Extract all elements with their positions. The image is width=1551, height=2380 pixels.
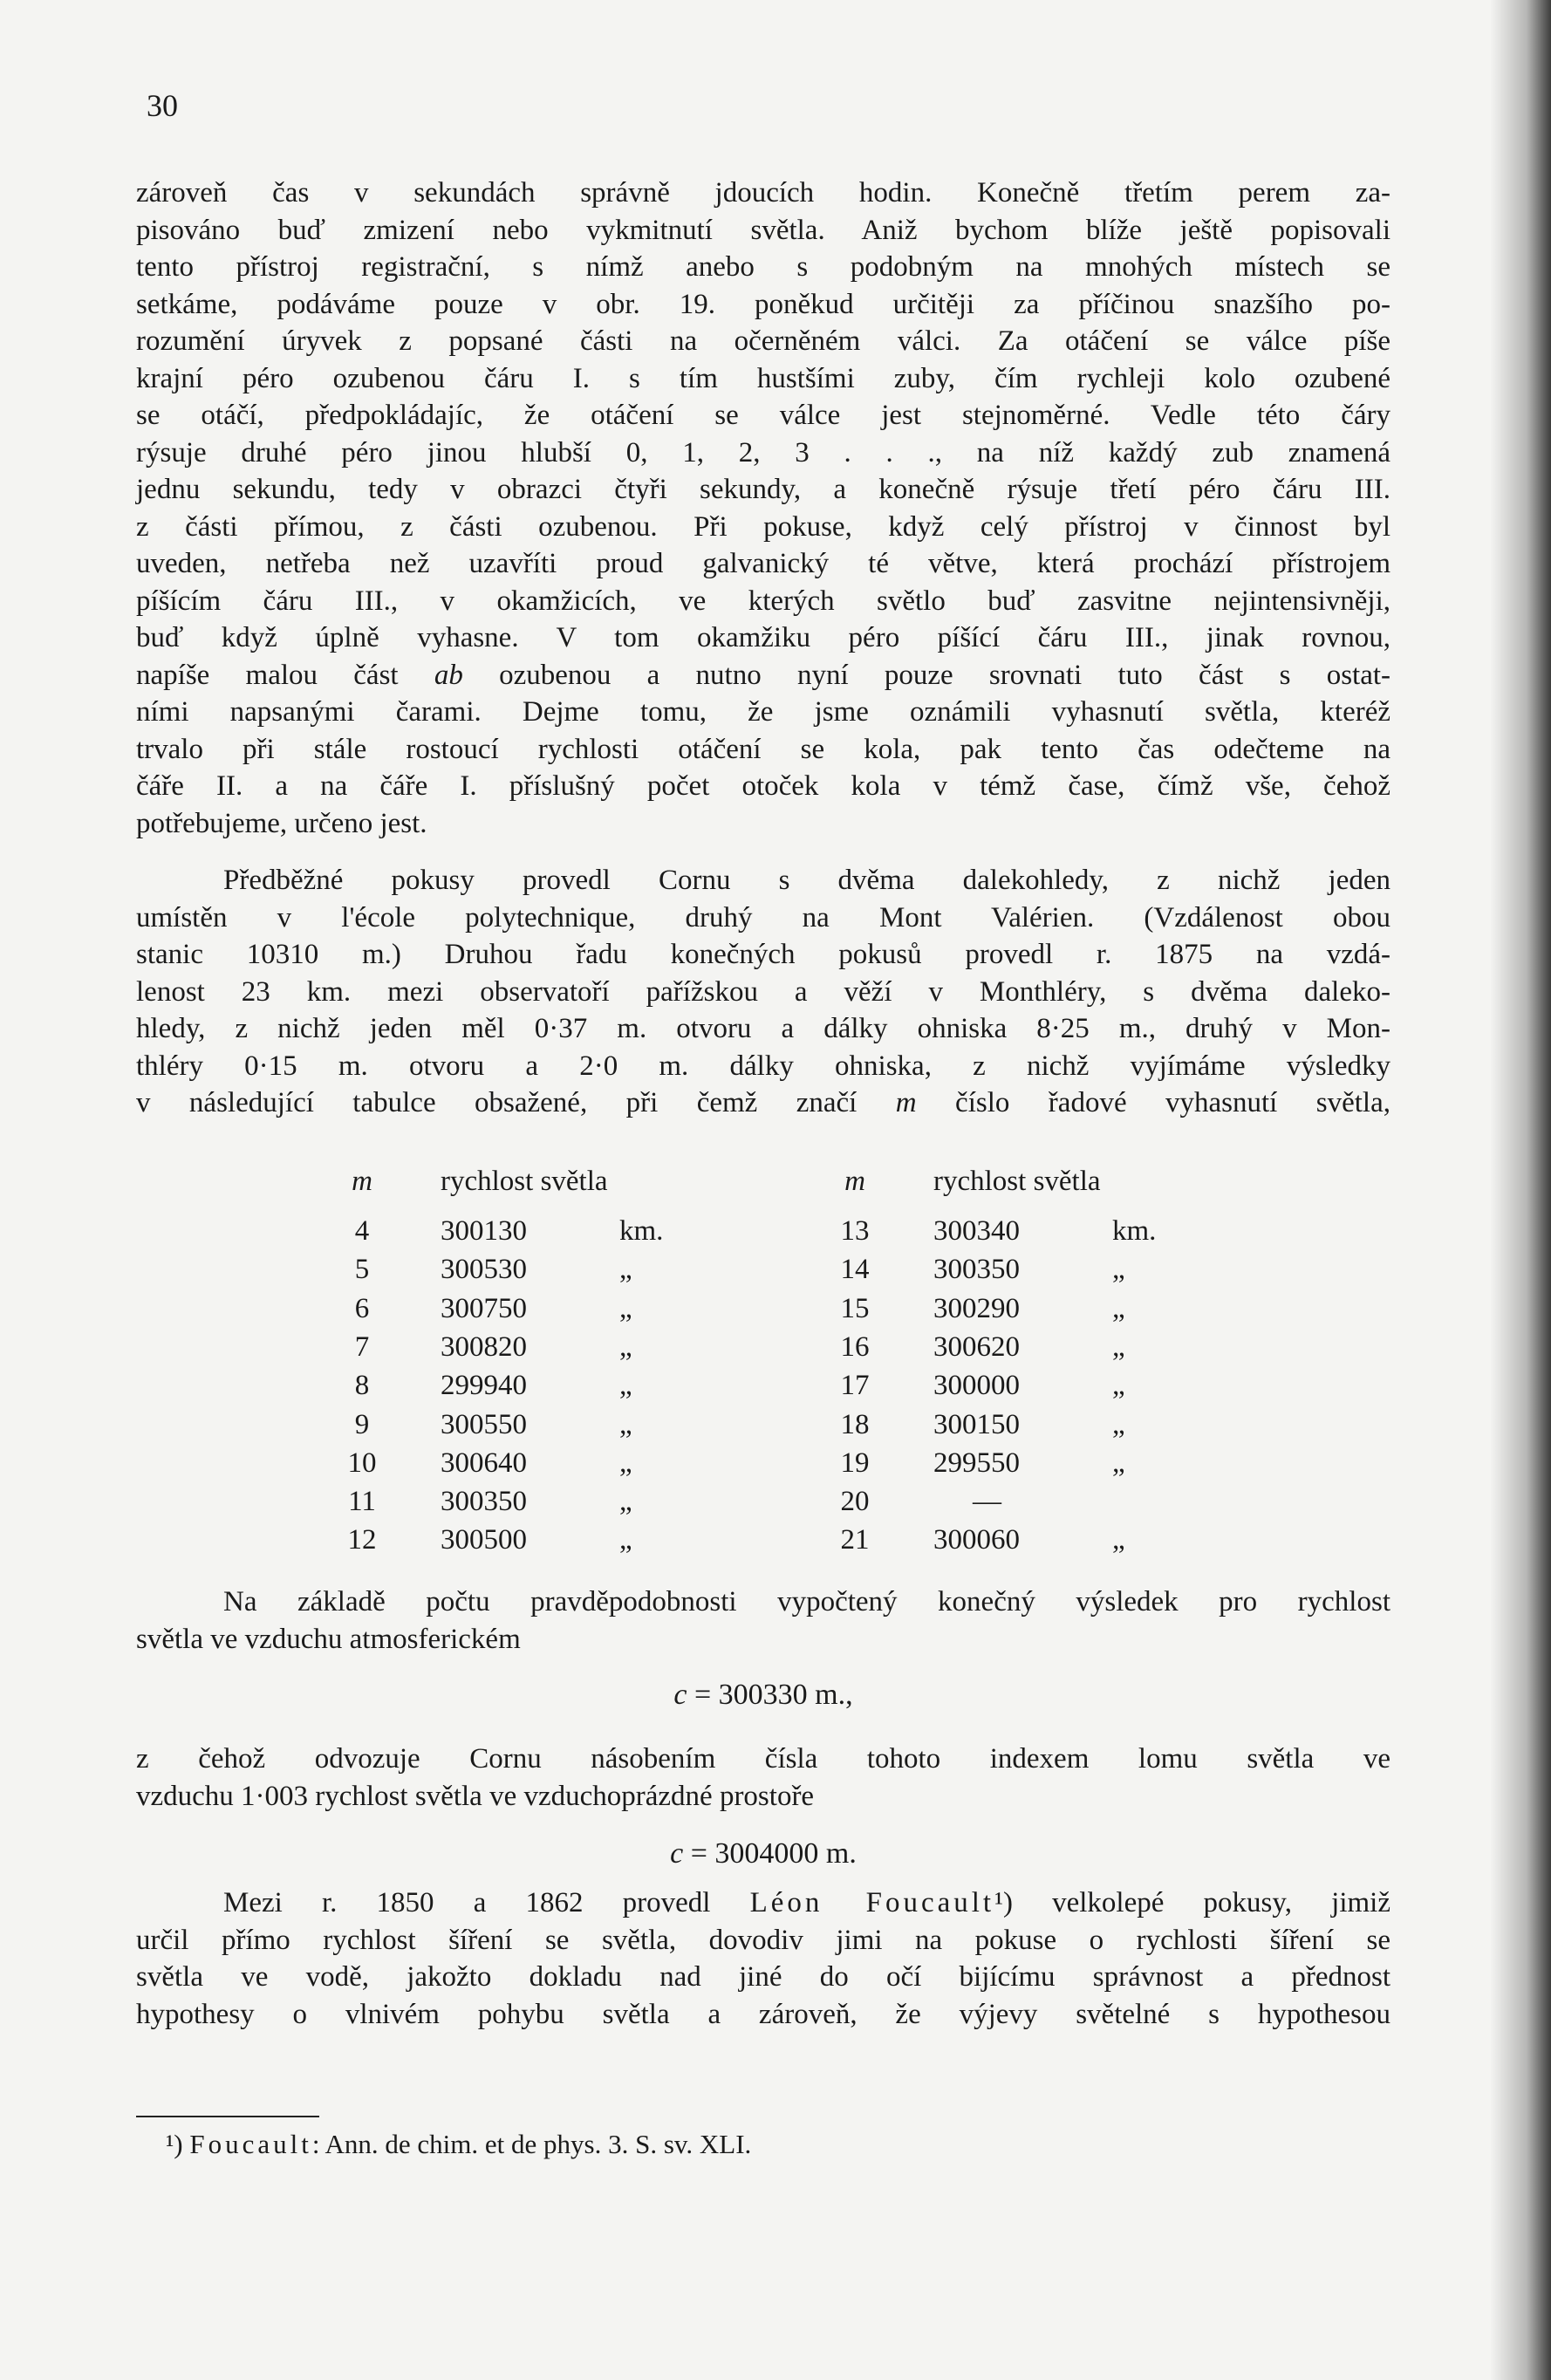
table-cell: „ [1112, 1370, 1125, 1402]
text-line: hypothesy o vlnivém pohybu světla a záro… [136, 1996, 1390, 2033]
table-cell: 15 [824, 1293, 885, 1325]
text-line: setkáme, podáváme pouze v obr. 19. poněk… [136, 286, 1390, 323]
table-cell: 11 [331, 1486, 393, 1518]
header-speed-right: rychlost světla [933, 1166, 1101, 1198]
table-cell: 16 [824, 1331, 885, 1364]
table-cell: 4 [331, 1215, 393, 1248]
table-cell: 300550 [441, 1409, 527, 1441]
footnote-rule [136, 2116, 319, 2117]
table-cell: „ [1112, 1254, 1125, 1286]
text-line: potřebujeme, určeno jest. [136, 805, 1390, 842]
text-line: v následující tabulce obsažené, při čemž… [136, 1084, 1390, 1121]
table-cell: 10 [331, 1447, 393, 1480]
text-line: světla ve vodě, jakožto dokladu nad jiné… [136, 1959, 1390, 1995]
table-cell: 6 [331, 1293, 393, 1325]
text-line: Na základě počtu pravděpodobnosti vypočt… [136, 1583, 1390, 1620]
text-line: se otáčí, předpokládajíc, že otáčení se … [136, 397, 1390, 434]
table-cell: 300820 [441, 1331, 527, 1364]
text-line: pisováno buď zmizení nebo vykmitnutí svě… [136, 212, 1390, 249]
page-edge-shadow [1490, 0, 1551, 2380]
table-cell: 300340 [933, 1215, 1020, 1248]
text-line: hledy, z nichž jeden měl 0·37 m. otvoru … [136, 1010, 1390, 1047]
text-line: světla ve vzduchu atmosferickém [136, 1621, 1390, 1658]
table-cell: „ [619, 1486, 632, 1518]
table-cell: 300620 [933, 1331, 1020, 1364]
header-m-left: m [331, 1166, 393, 1198]
text-line: rozumění úryvek z popsané části na očern… [136, 323, 1390, 359]
table-cell: 300150 [933, 1409, 1020, 1441]
text-line: lenost 23 km. mezi observatoří pařížskou… [136, 974, 1390, 1010]
table-cell: — [973, 1486, 1001, 1518]
text-line: z části přímou, z části ozubenou. Při po… [136, 509, 1390, 545]
table-cell: 300290 [933, 1293, 1020, 1325]
table-cell: 5 [331, 1254, 393, 1286]
text-line: napíše malou část ab ozubenou a nutno ny… [136, 657, 1390, 694]
footnote: ¹) Foucault: Ann. de chim. et de phys. 3… [166, 2129, 751, 2160]
table-cell: 300060 [933, 1524, 1020, 1556]
table-cell: 9 [331, 1409, 393, 1441]
table-cell: 18 [824, 1409, 885, 1441]
table-cell: „ [1112, 1293, 1125, 1325]
table-cell: „ [619, 1254, 632, 1286]
text-line: stanic 10310 m.) Druhou řadu konečných p… [136, 936, 1390, 973]
text-line: píšícím čáru III., v okamžicích, ve kter… [136, 583, 1390, 619]
table-cell: „ [619, 1331, 632, 1364]
table-cell: 300350 [933, 1254, 1020, 1286]
text-line: trvalo při stále rostoucí rychlosti otáč… [136, 731, 1390, 768]
table-cell: 21 [824, 1524, 885, 1556]
text-line: čáře II. a na čáře I. příslušný počet ot… [136, 768, 1390, 804]
text-line: thléry 0·15 m. otvoru a 2·0 m. dálky ohn… [136, 1048, 1390, 1084]
table-cell: km. [1112, 1215, 1156, 1248]
table-cell: km. [619, 1215, 663, 1248]
table-cell: 8 [331, 1370, 393, 1402]
table-cell: „ [619, 1409, 632, 1441]
text-line: umístěn v l'école polytechnique, druhý n… [136, 899, 1390, 936]
table-cell: 300530 [441, 1254, 527, 1286]
header-m-right: m [824, 1166, 885, 1198]
table-cell: „ [1112, 1331, 1125, 1364]
text-line: Předběžné pokusy provedl Cornu s dvěma d… [136, 862, 1390, 899]
text-line: z čehož odvozuje Cornu násobením čísla t… [136, 1741, 1390, 1777]
table-cell: 13 [824, 1215, 885, 1248]
table-cell: 300130 [441, 1215, 527, 1248]
text-line: ními napsanými čarami. Dejme tomu, že js… [136, 694, 1390, 730]
table-cell: 7 [331, 1331, 393, 1364]
text-line: rýsuje druhé péro jinou hlubší 0, 1, 2, … [136, 434, 1390, 471]
table-cell: „ [1112, 1524, 1125, 1556]
table-cell: 12 [331, 1524, 393, 1556]
equation-vacuum-speed: c = 3004000 m. [136, 1836, 1390, 1872]
table-cell: 17 [824, 1370, 885, 1402]
text-line: tento přístroj registrační, s nímž anebo… [136, 249, 1390, 285]
text-line: Mezi r. 1850 a 1862 provedl Léon Foucaul… [136, 1884, 1390, 1921]
table-cell: 19 [824, 1447, 885, 1480]
table-cell: 300640 [441, 1447, 527, 1480]
text-line: vzduchu 1·003 rychlost světla ve vzducho… [136, 1778, 1390, 1815]
text-line: zároveň čas v sekundách správně jdoucích… [136, 174, 1390, 211]
table-cell: „ [1112, 1409, 1125, 1441]
text-line: krajní péro ozubenou čáru I. s tím hustš… [136, 360, 1390, 397]
table-cell: „ [619, 1524, 632, 1556]
table-cell: „ [619, 1293, 632, 1325]
table-cell: „ [619, 1447, 632, 1480]
text-line: buď když úplně vyhasne. V tom okamžiku p… [136, 619, 1390, 656]
table-cell: 299550 [933, 1447, 1020, 1480]
table-cell: 299940 [441, 1370, 527, 1402]
text-line: jednu sekundu, tedy v obrazci čtyři seku… [136, 471, 1390, 508]
text-line: uveden, netřeba než uzavříti proud galva… [136, 545, 1390, 582]
table-cell: 300000 [933, 1370, 1020, 1402]
table-cell: „ [619, 1370, 632, 1402]
header-speed-left: rychlost světla [441, 1166, 608, 1198]
equation-air-speed: c = 300330 m., [136, 1677, 1390, 1713]
table-cell: 300500 [441, 1524, 527, 1556]
text-line: určil přímo rychlost šíření se světla, d… [136, 1922, 1390, 1959]
table-cell: 20 [824, 1486, 885, 1518]
table-cell: 14 [824, 1254, 885, 1286]
table-cell: „ [1112, 1447, 1125, 1480]
page-number: 30 [147, 87, 178, 124]
table-cell: 300350 [441, 1486, 527, 1518]
table-cell: 300750 [441, 1293, 527, 1325]
